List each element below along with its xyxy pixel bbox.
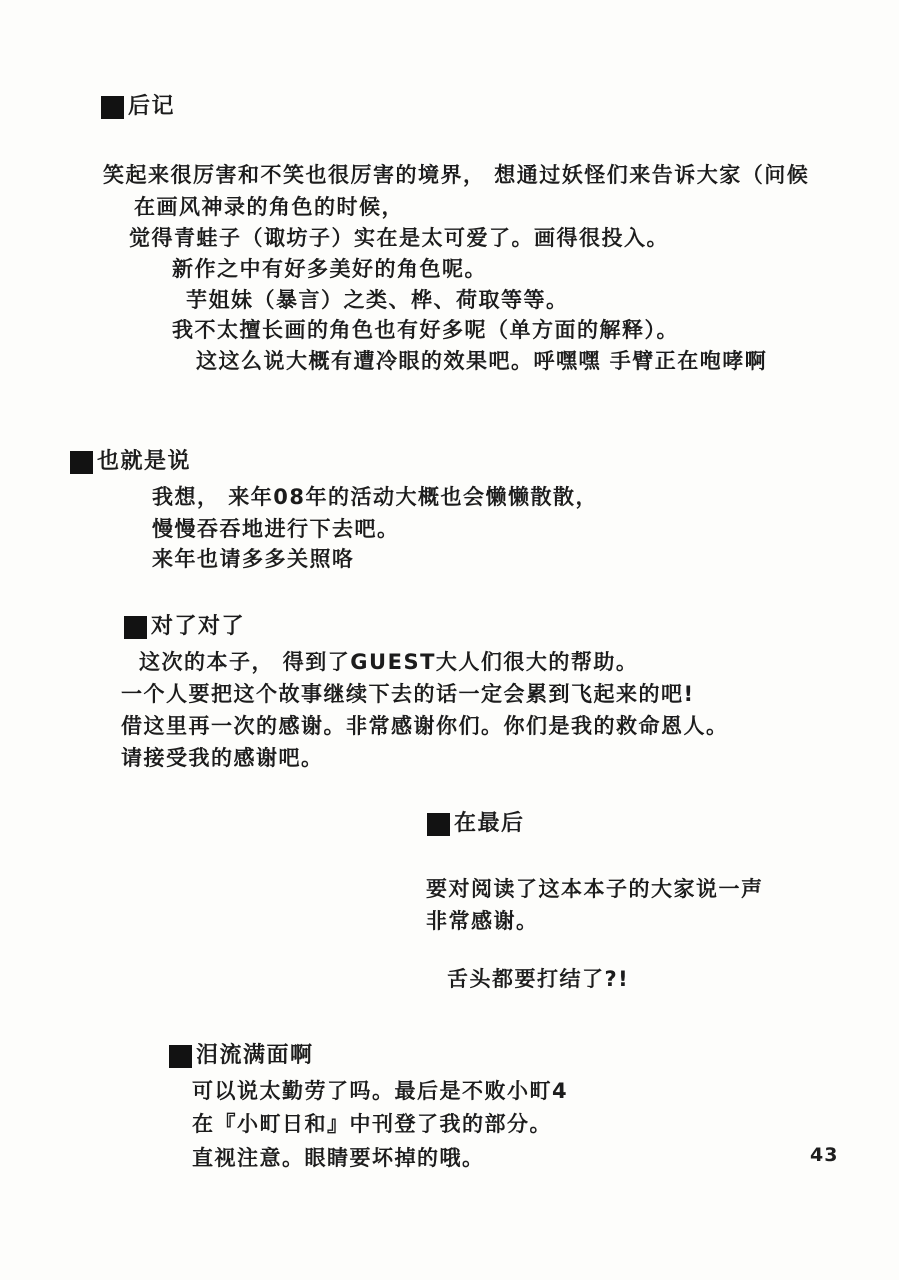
text-line: 一个人要把这个故事继续下去的话一定会累到飞起来的吧! xyxy=(121,681,695,707)
text-line: 要对阅读了这本本子的大家说一声 xyxy=(426,876,764,902)
section-title: 泪流满面啊 xyxy=(196,1044,314,1068)
section-marker-square-icon xyxy=(169,1045,192,1068)
section-header-at-the-end: 在最后 xyxy=(427,812,525,836)
text-line: 这这么说大概有遭冷眼的效果吧。呼嘿嘿 手臂正在咆哮啊 xyxy=(196,348,767,374)
text-line: 新作之中有好多美好的角色呢。 xyxy=(172,256,487,282)
section-header-postscript: 后记 xyxy=(101,95,175,119)
page-number: 43 xyxy=(810,1144,838,1166)
section-title: 也就是说 xyxy=(97,450,191,474)
section-title: 在最后 xyxy=(454,812,525,836)
section-header-tears-streaming: 泪流满面啊 xyxy=(169,1044,314,1068)
section-marker-square-icon xyxy=(70,451,93,474)
section-title: 对了对了 xyxy=(151,615,245,639)
text-line: 可以说太勤劳了吗。最后是不败小町4 xyxy=(192,1078,568,1104)
text-line: 直视注意。眼睛要坏掉的哦。 xyxy=(192,1145,485,1171)
text-line: 非常感谢。 xyxy=(426,908,539,934)
text-line: 在画风神录的角色的时候， xyxy=(134,194,404,220)
section-marker-square-icon xyxy=(101,96,124,119)
section-title: 后记 xyxy=(128,95,175,119)
text-line: 来年也请多多关照咯 xyxy=(152,546,355,572)
text-line: 这次的本子， 得到了GUEST大人们很大的帮助。 xyxy=(139,649,638,675)
text-line: 笑起来很厉害和不笑也很厉害的境界， 想通过妖怪们来告诉大家（问候 xyxy=(103,162,809,188)
text-line: 在『小町日和』中刊登了我的部分。 xyxy=(192,1111,552,1137)
text-line: 舌头都要打结了?! xyxy=(447,966,629,992)
afterword-page: 43 后记笑起来很厉害和不笑也很厉害的境界， 想通过妖怪们来告诉大家（问候在画风… xyxy=(0,0,899,1280)
text-line: 芋姐妹（暴言）之类、桦、荷取等等。 xyxy=(186,287,569,313)
text-line: 我想， 来年08年的活动大概也会懒懒散散， xyxy=(152,484,598,510)
text-line: 我不太擅长画的角色也有好多呢（单方面的解释）。 xyxy=(172,317,679,343)
text-line: 请接受我的感谢吧。 xyxy=(121,745,324,771)
section-header-in-other-words: 也就是说 xyxy=(70,450,191,474)
text-line: 觉得青蛙子（诹坊子）实在是太可爱了。画得很投入。 xyxy=(129,225,669,251)
section-marker-square-icon xyxy=(427,813,450,836)
text-line: 借这里再一次的感谢。非常感谢你们。你们是我的救命恩人。 xyxy=(121,713,729,739)
section-header-by-the-way: 对了对了 xyxy=(124,615,245,639)
section-marker-square-icon xyxy=(124,616,147,639)
text-line: 慢慢吞吞地进行下去吧。 xyxy=(152,516,400,542)
